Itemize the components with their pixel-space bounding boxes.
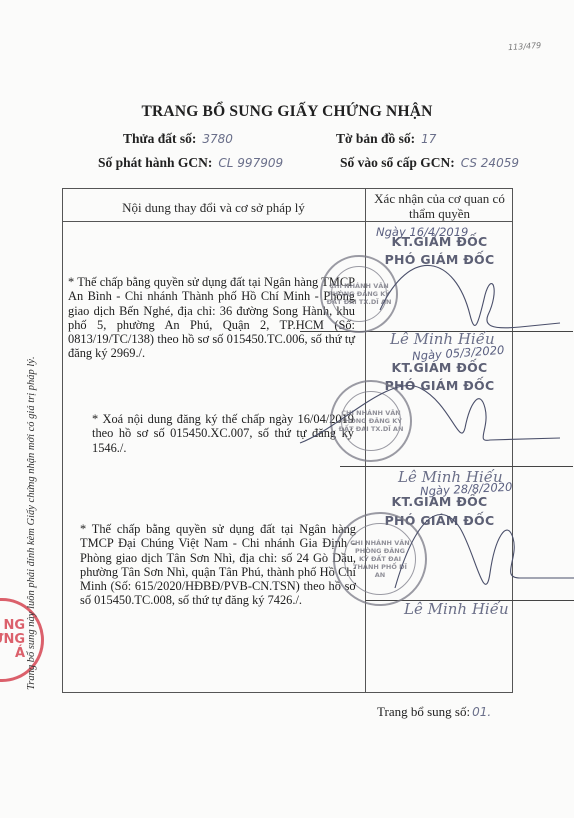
header-confirmation: Xác nhận của cơ quan có thẩm quyền [366,191,513,221]
map-sheet-label: Tờ bản đồ số: [336,131,415,146]
parcel-number-label: Thửa đất số: [123,131,196,146]
entry-content-3: * Thế chấp bằng quyền sử dụng đất tại Ng… [80,522,356,608]
header-content: Nội dung thay đổi và cơ sở pháp lý [62,200,365,215]
map-sheet-value: 17 [421,132,436,146]
signature-2 [300,368,560,458]
page-title: TRANG BỔ SUNG GIẤY CHỨNG NHẬN [0,103,574,121]
certificate-issue-value: CL 997909 [218,156,283,170]
certificate-issue-label: Số phát hành GCN: [98,155,212,170]
side-legal-note: Trang bổ sung này luôn phải đính kèm Giấ… [26,356,37,690]
signer-name-3: Lê Minh Hiếu [404,600,509,618]
header-divider [62,221,513,222]
parcel-number-value: 3780 [202,132,233,146]
entry-title1-1: KT.GIÁM ĐỐC [366,234,513,249]
page-corner-note: 113/479 [508,41,542,52]
supplement-page-number: Trang bổ sung số:01. [377,704,491,720]
signature-3 [395,498,574,598]
certificate-issue-field: Số phát hành GCN:CL 997909 [98,155,283,171]
signature-divider-2 [340,466,573,467]
map-sheet-field: Tờ bản đồ số:17 [336,131,436,147]
red-seal-stamp: NG ỪNG Á [0,598,44,682]
certificate-register-field: Số vào sổ cấp GCN:CS 24059 [340,155,519,171]
certificate-register-value: CS 24059 [461,156,519,170]
certificate-register-label: Số vào sổ cấp GCN: [340,155,455,170]
parcel-number-field: Thửa đất số:3780 [123,131,233,147]
supplement-page-label: Trang bổ sung số: [377,704,470,719]
entry-content-1: * Thế chấp bằng quyền sử dụng đất tại Ng… [68,275,355,361]
supplement-page-value: 01. [472,705,491,719]
